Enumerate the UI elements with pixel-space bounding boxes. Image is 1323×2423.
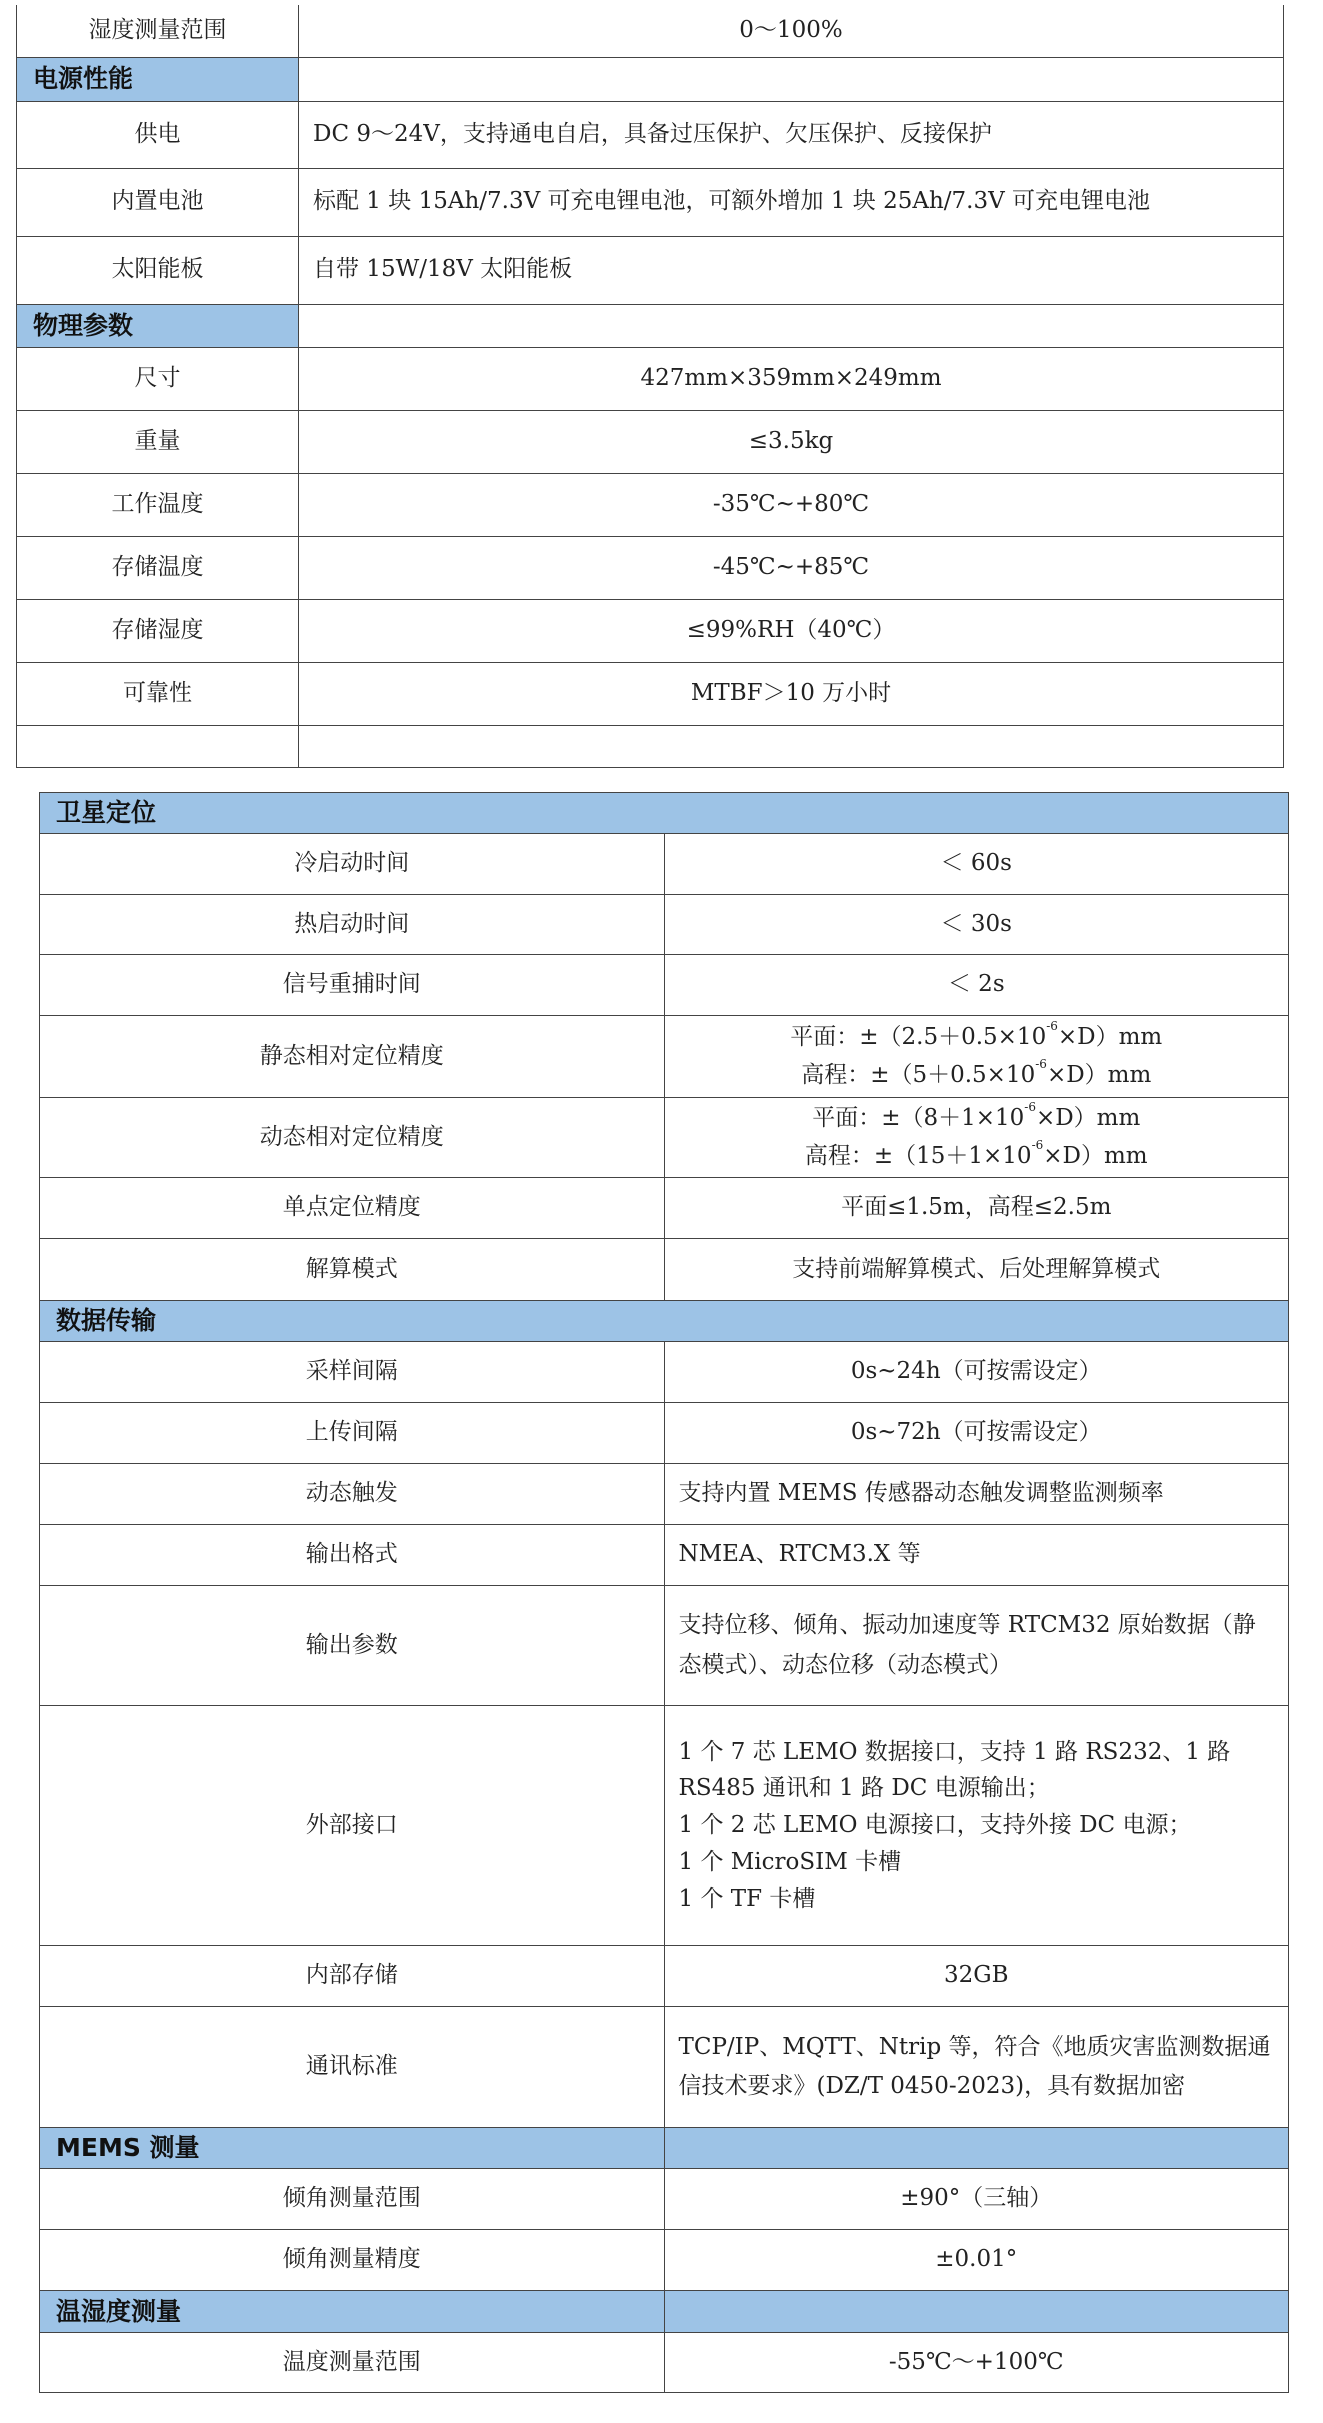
spec-row-tilt-range: 倾角测量范围 ±90°（三轴） <box>40 2169 1289 2230</box>
section-header-row: 电源性能 <box>17 57 1284 101</box>
spec-value: 0s~24h（可按需设定） <box>664 1342 1289 1403</box>
spec-value: MTBF＞10 万小时 <box>299 662 1284 725</box>
section-title: 数据传输 <box>40 1301 1289 1342</box>
spec-row-comm-standard: 通讯标准 TCP/IP、MQTT、Ntrip 等，符合《地质灾害监测数据通信技术… <box>40 2007 1289 2128</box>
spec-value: ≤99%RH（40℃） <box>299 599 1284 662</box>
spec-row-upload-interval: 上传间隔 0s~72h（可按需设定） <box>40 1403 1289 1464</box>
formula-line-height: 高程：±（15＋1×10-6×D）mm <box>677 1138 1277 1176</box>
formula-line-height: 高程：±（5＋0.5×10-6×D）mm <box>677 1057 1277 1095</box>
spec-label: 热启动时间 <box>40 895 665 955</box>
spec-label: 太阳能板 <box>17 236 299 304</box>
formula-line-plane: 平面：±（8＋1×10-6×D）mm <box>677 1100 1277 1138</box>
spec-value: -35℃~+80℃ <box>299 473 1284 536</box>
spec-row-output-params: 输出参数 支持位移、倾角、振动加速度等 RTCM32 原始数据（静态模式）、动态… <box>40 1586 1289 1706</box>
spec-value <box>299 725 1284 767</box>
spec-label: 尺寸 <box>17 347 299 410</box>
spec-row: 存储湿度≤99%RH（40℃） <box>17 599 1284 662</box>
section-header-transmission: 数据传输 <box>40 1301 1289 1342</box>
spec-value: 平面≤1.5m，高程≤2.5m <box>664 1178 1289 1239</box>
spec-label: 动态触发 <box>40 1464 665 1525</box>
spec-value: 自带 15W/18V 太阳能板 <box>299 236 1284 304</box>
spec-label: 内部存储 <box>40 1946 665 2007</box>
spec-label: 存储湿度 <box>17 599 299 662</box>
spec-label: 重量 <box>17 410 299 473</box>
section-header-empty <box>299 57 1284 101</box>
spec-value: NMEA、RTCM3.X 等 <box>664 1525 1289 1586</box>
spec-row: 供电DC 9～24V，支持通电自启，具备过压保护、欠压保护、反接保护 <box>17 101 1284 168</box>
spec-row-tilt-accuracy: 倾角测量精度 ±0.01° <box>40 2230 1289 2291</box>
spec-table-power-physical: 湿度测量范围0～100%电源性能供电DC 9～24V，支持通电自启，具备过压保护… <box>16 5 1284 768</box>
spec-value: ≤3.5kg <box>299 410 1284 473</box>
spec-value: ±0.01° <box>664 2230 1289 2291</box>
spec-row: 可靠性MTBF＞10 万小时 <box>17 662 1284 725</box>
section-header-satellite: 卫星定位 <box>40 793 1289 834</box>
section-header-empty <box>299 304 1284 347</box>
spec-label: 单点定位精度 <box>40 1178 665 1239</box>
spec-label: 内置电池 <box>17 168 299 236</box>
spec-value: 32GB <box>664 1946 1289 2007</box>
section-header-empty <box>664 2291 1289 2333</box>
port-line: 1 个 7 芯 LEMO 数据接口，支持 1 路 RS232、1 路 RS485… <box>679 1734 1277 1808</box>
spec-row: 湿度测量范围0～100% <box>17 5 1284 57</box>
spec-label: 输出参数 <box>40 1586 665 1706</box>
formula-line-plane: 平面：±（2.5＋0.5×10-6×D）mm <box>677 1019 1277 1057</box>
spec-value: 0～100% <box>299 5 1284 57</box>
spec-label: 工作温度 <box>17 473 299 536</box>
port-line: 1 个 2 芯 LEMO 电源接口，支持外接 DC 电源； <box>679 1807 1277 1844</box>
spec-label: 上传间隔 <box>40 1403 665 1464</box>
spec-row-output-format: 输出格式 NMEA、RTCM3.X 等 <box>40 1525 1289 1586</box>
spec-value: 支持前端解算模式、后处理解算模式 <box>664 1239 1289 1301</box>
spec-row: 尺寸427mm×359mm×249mm <box>17 347 1284 410</box>
section-header-temp-humidity: 温湿度测量 <box>40 2291 1289 2333</box>
section-title: MEMS 测量 <box>40 2128 665 2169</box>
spec-row-cold-start: 冷启动时间 ＜ 60s <box>40 834 1289 895</box>
spec-row-dynamic-accuracy: 动态相对定位精度 平面：±（8＋1×10-6×D）mm 高程：±（15＋1×10… <box>40 1098 1289 1178</box>
spec-label <box>17 725 299 767</box>
spec-row-hot-start: 热启动时间 ＜ 30s <box>40 895 1289 955</box>
spec-value: ±90°（三轴） <box>664 2169 1289 2230</box>
spec-table-body: 湿度测量范围0～100%电源性能供电DC 9～24V，支持通电自启，具备过压保护… <box>17 5 1284 767</box>
spec-row-sample-interval: 采样间隔 0s~24h（可按需设定） <box>40 1342 1289 1403</box>
section-header-empty <box>664 2128 1289 2169</box>
spec-row-solve-mode: 解算模式 支持前端解算模式、后处理解算模式 <box>40 1239 1289 1301</box>
spec-row <box>17 725 1284 767</box>
spec-value: ＜ 30s <box>664 895 1289 955</box>
section-title: 物理参数 <box>17 304 299 347</box>
spec-label: 可靠性 <box>17 662 299 725</box>
spec-value: ＜ 2s <box>664 955 1289 1016</box>
spec-table-satellite-transmission: 卫星定位 冷启动时间 ＜ 60s 热启动时间 ＜ 30s 信号重捕时间 ＜ 2s… <box>39 792 1289 2393</box>
spec-row: 工作温度-35℃~+80℃ <box>17 473 1284 536</box>
spec-label: 静态相对定位精度 <box>40 1016 665 1098</box>
spec-label: 湿度测量范围 <box>17 5 299 57</box>
spec-value: ＜ 60s <box>664 834 1289 895</box>
spec-row: 太阳能板自带 15W/18V 太阳能板 <box>17 236 1284 304</box>
spec-value: -55℃～+100℃ <box>664 2333 1289 2393</box>
section-header-row: 物理参数 <box>17 304 1284 347</box>
spec-row-storage: 内部存储 32GB <box>40 1946 1289 2007</box>
spec-row: 存储温度-45℃~+85℃ <box>17 536 1284 599</box>
spec-row-single-point: 单点定位精度 平面≤1.5m，高程≤2.5m <box>40 1178 1289 1239</box>
spec-row-reacquire: 信号重捕时间 ＜ 2s <box>40 955 1289 1016</box>
spec-label: 温度测量范围 <box>40 2333 665 2393</box>
section-title: 卫星定位 <box>40 793 1289 834</box>
spec-value: 支持位移、倾角、振动加速度等 RTCM32 原始数据（静态模式）、动态位移（动态… <box>664 1586 1289 1706</box>
spec-row-static-accuracy: 静态相对定位精度 平面：±（2.5＋0.5×10-6×D）mm 高程：±（5＋0… <box>40 1016 1289 1098</box>
section-title: 温湿度测量 <box>40 2291 665 2333</box>
spec-label: 信号重捕时间 <box>40 955 665 1016</box>
section-title: 电源性能 <box>17 57 299 101</box>
spec-label: 解算模式 <box>40 1239 665 1301</box>
spec-row: 重量≤3.5kg <box>17 410 1284 473</box>
spec-label: 采样间隔 <box>40 1342 665 1403</box>
spec-label: 冷启动时间 <box>40 834 665 895</box>
spec-value: 0s~72h（可按需设定） <box>664 1403 1289 1464</box>
port-line: 1 个 MicroSIM 卡槽 <box>679 1844 1277 1881</box>
spec-value: 平面：±（8＋1×10-6×D）mm 高程：±（15＋1×10-6×D）mm <box>664 1098 1289 1178</box>
spec-value-list: 1 个 7 芯 LEMO 数据接口，支持 1 路 RS232、1 路 RS485… <box>664 1706 1289 1946</box>
spec-value: -45℃~+85℃ <box>299 536 1284 599</box>
port-line: 1 个 TF 卡槽 <box>679 1881 1277 1918</box>
spec-label: 倾角测量范围 <box>40 2169 665 2230</box>
spec-value: 427mm×359mm×249mm <box>299 347 1284 410</box>
spec-label: 输出格式 <box>40 1525 665 1586</box>
spec-label: 供电 <box>17 101 299 168</box>
spec-value: 支持内置 MEMS 传感器动态触发调整监测频率 <box>664 1464 1289 1525</box>
section-header-mems: MEMS 测量 <box>40 2128 1289 2169</box>
spec-label: 倾角测量精度 <box>40 2230 665 2291</box>
spec-label: 动态相对定位精度 <box>40 1098 665 1178</box>
spec-label: 外部接口 <box>40 1706 665 1946</box>
spec-row-dynamic-trigger: 动态触发 支持内置 MEMS 传感器动态触发调整监测频率 <box>40 1464 1289 1525</box>
spec-label: 存储温度 <box>17 536 299 599</box>
spec-value: 平面：±（2.5＋0.5×10-6×D）mm 高程：±（5＋0.5×10-6×D… <box>664 1016 1289 1098</box>
spec-label: 通讯标准 <box>40 2007 665 2128</box>
spec-row-external-ports: 外部接口 1 个 7 芯 LEMO 数据接口，支持 1 路 RS232、1 路 … <box>40 1706 1289 1946</box>
spec-value: DC 9～24V，支持通电自启，具备过压保护、欠压保护、反接保护 <box>299 101 1284 168</box>
spec-row: 内置电池标配 1 块 15Ah/7.3V 可充电锂电池，可额外增加 1 块 25… <box>17 168 1284 236</box>
spec-value: 标配 1 块 15Ah/7.3V 可充电锂电池，可额外增加 1 块 25Ah/7… <box>299 168 1284 236</box>
spec-row-temp-range: 温度测量范围 -55℃～+100℃ <box>40 2333 1289 2393</box>
spec-value: TCP/IP、MQTT、Ntrip 等，符合《地质灾害监测数据通信技术要求》(D… <box>664 2007 1289 2128</box>
